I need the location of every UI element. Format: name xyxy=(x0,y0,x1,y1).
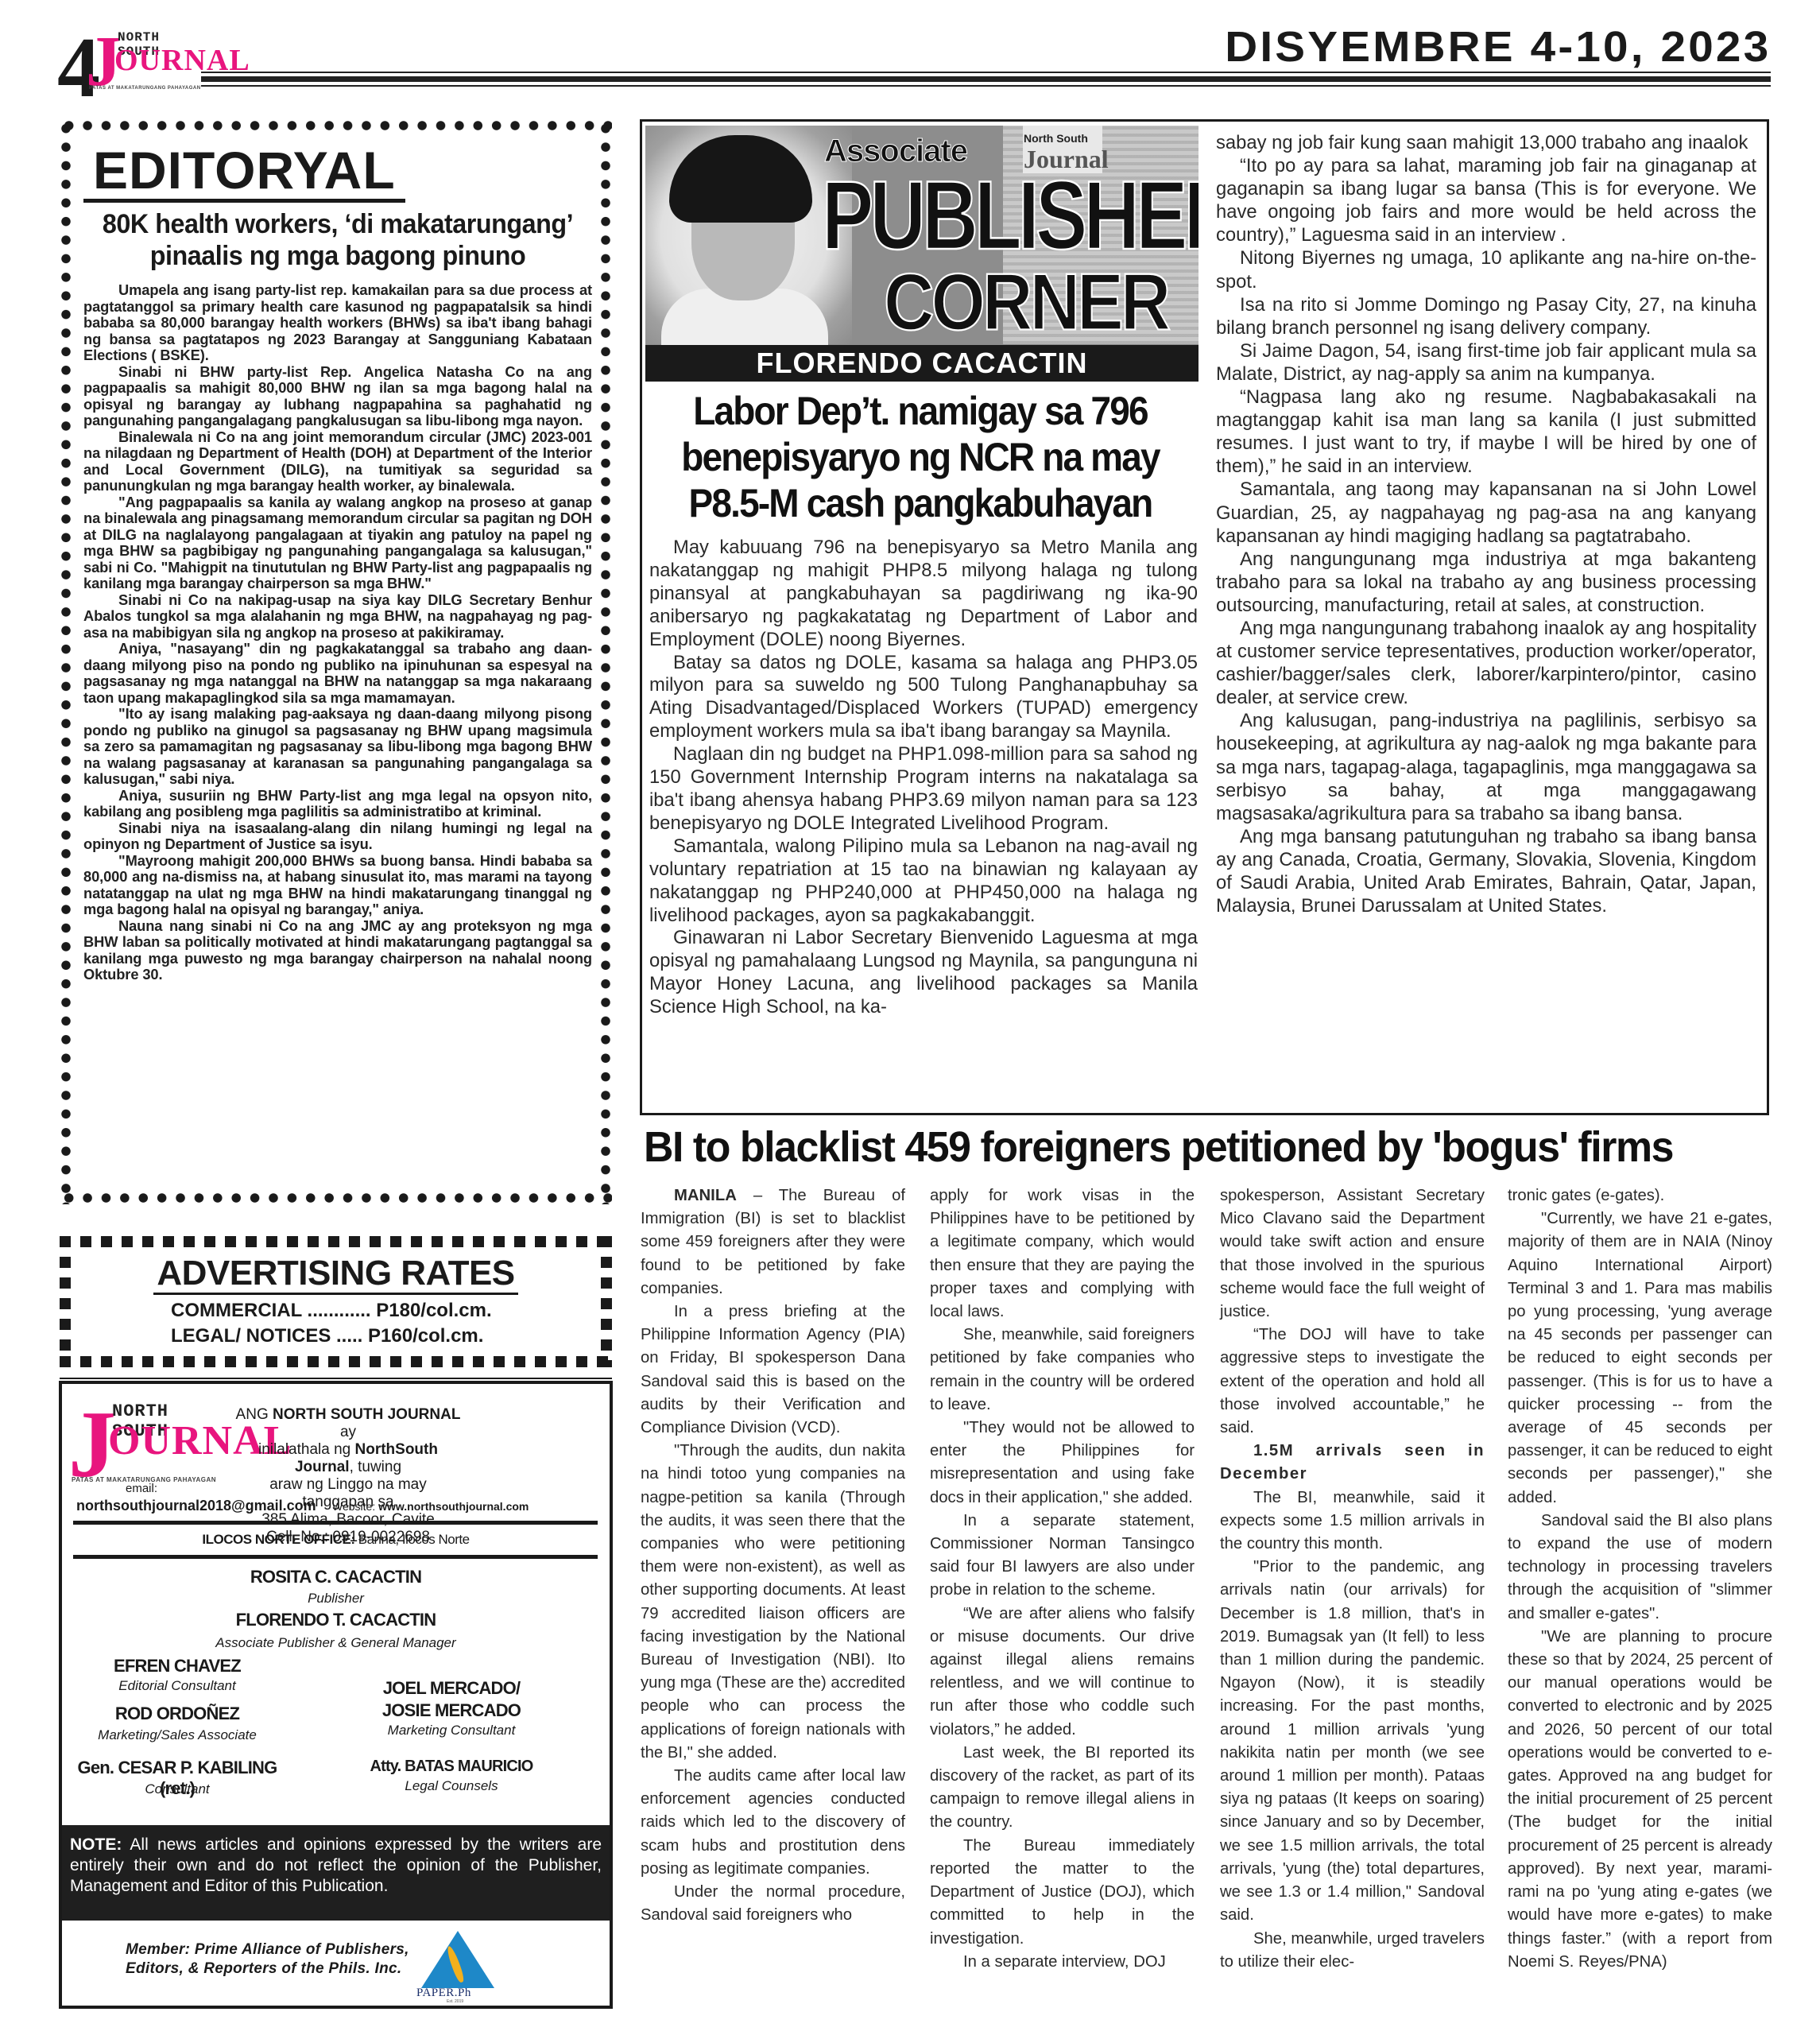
paragraph: Batay sa datos ng DOLE, kasama sa halaga… xyxy=(649,652,1198,744)
website-label: Website: xyxy=(332,1500,378,1513)
staff-role: Editorial Consultant xyxy=(78,1678,277,1694)
bi-column-4: tronic gates (e-gates). "Currently, we h… xyxy=(1508,1184,1772,1974)
paragraph: Nauna nang sinabi ni Co na ang JMC ay an… xyxy=(83,918,592,983)
paragraph: Sinabi ni Co na nakipag-usap na siya kay… xyxy=(83,592,592,642)
masthead-rule xyxy=(201,72,1771,87)
paragraph: Si Jaime Dagon, 54, isang first-time job… xyxy=(1216,339,1756,386)
membership-text: Member: Prime Alliance of Publishers, Ed… xyxy=(126,1940,412,1979)
paragraph: Aniya, susuriin ng BHW Party-list ang mg… xyxy=(83,788,592,820)
square-border xyxy=(60,1356,612,1367)
paperph-est: Est. 2019 xyxy=(447,1999,463,2004)
banner-title-line2: CORNER xyxy=(884,261,1168,343)
masthead: 4 J NORTH SOUTH OURNAL PATAS AT MAKATARU… xyxy=(0,0,1820,119)
paragraph-continued: apply for work visas in the Philippines … xyxy=(930,1184,1195,1324)
staff-name: JOEL MERCADO/ xyxy=(324,1678,579,1699)
paragraph: Naglaan din ng budget na PHP1.098-millio… xyxy=(649,743,1198,835)
staff-role: Associate Publisher & General Manager xyxy=(62,1635,610,1651)
staff-role: Consultant xyxy=(62,1781,292,1797)
staff-name: ROSITA C. CACACTIN xyxy=(62,1567,610,1587)
paragraph: Under the normal procedure, Sandoval sai… xyxy=(641,1881,905,1927)
issue-date: DISYEMBRE 4-10, 2023 xyxy=(1225,22,1771,72)
text: NORTH SOUTH JOURNAL xyxy=(273,1406,460,1423)
paragraph: In a separate statement, Commissioner No… xyxy=(930,1510,1195,1603)
paragraph: Nitong Biyernes ng umaga, 10 aplikante a… xyxy=(1216,246,1756,293)
staff-name: FLORENDO T. CACACTIN xyxy=(62,1610,610,1630)
banner-title-line1: PUBLISHER’S xyxy=(822,165,1198,265)
dotted-border xyxy=(599,119,612,1204)
divider xyxy=(73,1521,598,1525)
paragraph: "Currently, we have 21 e-gates, majority… xyxy=(1508,1207,1772,1510)
paragraph: Aniya, "nasayang" din ng pagkakatanggal … xyxy=(83,641,592,706)
paragraph: "They would not be allowed to enter the … xyxy=(930,1417,1195,1510)
advertising-rates-box: ADVERTISING RATES COMMERCIAL ...........… xyxy=(60,1236,612,1367)
paragraph: "We are planning to procure these so tha… xyxy=(1508,1626,1772,1974)
disclaimer-note: NOTE: All news articles and opinions exp… xyxy=(62,1825,610,1921)
paragraph-continued: sabay ng job fair kung saan mahigit 13,0… xyxy=(1216,131,1756,154)
corner-column-1: May kabuuang 796 na benepisyaryo sa Metr… xyxy=(649,537,1198,1019)
paragraph: Last week, the BI reported its discovery… xyxy=(930,1742,1195,1835)
note-label: NOTE: xyxy=(70,1835,122,1854)
bi-column-2: apply for work visas in the Philippines … xyxy=(930,1184,1195,1974)
paragraph: Ang mga nangungunang trabahong inaalok a… xyxy=(1216,617,1756,709)
bi-article-headline: BI to blacklist 459 foreigners petitione… xyxy=(644,1122,1727,1172)
paragraph: "Prior to the pandemic, ang arrivals nat… xyxy=(1220,1556,1485,1927)
staff-box: J NORTH SOUTH OURNAL PATAS AT MAKATARUNG… xyxy=(59,1381,613,2009)
office-value: Banna, Ilocos Norte xyxy=(355,1532,470,1547)
corner-headline: Labor Dep’t. namigay sa 796 benepisyaryo… xyxy=(672,388,1169,526)
paragraph: She, meanwhile, said foreigners petition… xyxy=(930,1324,1195,1417)
north-south-journal-logo: J NORTH SOUTH OURNAL PATAS AT MAKATARUNG… xyxy=(68,1400,227,1487)
paragraph: “We are after aliens who falsify or misu… xyxy=(930,1603,1195,1742)
subheading: 1.5M arrivals seen in December xyxy=(1220,1440,1485,1486)
paragraph: In a press briefing at the Philippine In… xyxy=(641,1300,905,1440)
paragraph: Samantala, ang taong may kapansanan na s… xyxy=(1216,478,1756,547)
columnist-name: FLORENDO CACACTIN xyxy=(645,345,1198,382)
editorial-box: EDITORYAL 80K health workers, ‘di makata… xyxy=(60,119,612,1204)
bi-column-3: spokesperson, Assistant Secretary Mico C… xyxy=(1220,1184,1485,1974)
staff-name: Atty. BATAS MAURICIO xyxy=(324,1758,579,1776)
logo-tagline: PATAS AT MAKATARUNGANG PAHAYAGAN xyxy=(89,86,201,91)
office-label: ILOCOS NORTE OFFICE: xyxy=(202,1532,354,1547)
staff-role: Publisher xyxy=(62,1591,610,1607)
publication-info: ANG NORTH SOUTH JOURNAL ay inilalathala … xyxy=(233,1406,463,1546)
editorial-section-title: EDITORYAL xyxy=(83,141,405,203)
paragraph: “Nagpasa lang ako ng resume. Nagbabakasa… xyxy=(1216,386,1756,478)
staff-name: EFREN CHAVEZ xyxy=(78,1656,277,1676)
corner-column-2: sabay ng job fair kung saan mahigit 13,0… xyxy=(1216,131,1756,917)
paragraph: "Ito ay isang malaking pag-aaksaya ng da… xyxy=(83,706,592,788)
paragraph: MANILA – The Bureau of Immigration (BI) … xyxy=(641,1184,905,1300)
website: Website: www.northsouthjournal.com xyxy=(332,1500,529,1513)
dotted-border xyxy=(60,1192,612,1204)
text: ANG xyxy=(236,1406,273,1423)
paragraph: Samantala, walong Pilipino mula sa Leban… xyxy=(649,835,1198,928)
text: inilalathala ng xyxy=(258,1441,354,1458)
note-text: All news articles and opinions expressed… xyxy=(70,1835,602,1895)
paragraph: In a separate interview, DOJ xyxy=(930,1951,1195,1974)
paragraph: Sinabi ni BHW party-list Rep. Angelica N… xyxy=(83,364,592,429)
paperph-name: PAPER.Ph xyxy=(416,1987,471,2000)
paragraph: Ang kalusugan, pang-industriya na paglil… xyxy=(1216,709,1756,824)
divider xyxy=(60,1378,612,1379)
staff-role: Marketing Consultant xyxy=(324,1723,579,1738)
paragraph: The audits came after local law enforcem… xyxy=(641,1765,905,1881)
paragraph: Ang nangungunang mga industriya at mga b… xyxy=(1216,548,1756,617)
rate-commercial: COMMERCIAL ............ P180/col.cm. xyxy=(171,1300,492,1322)
email-label: email: xyxy=(126,1482,157,1495)
paragraph: Binalewala ni Co na ang joint memorandum… xyxy=(83,429,592,494)
paragraph: Isa na rito si Jomme Domingo ng Pasay Ci… xyxy=(1216,293,1756,339)
dotted-border xyxy=(60,119,612,132)
ilocos-office: ILOCOS NORTE OFFICE: Banna, Ilocos Norte xyxy=(62,1532,610,1548)
paragraph: May kabuuang 796 na benepisyaryo sa Metr… xyxy=(649,537,1198,652)
paragraph: "Mayroong mahigit 200,000 BHWs sa buong … xyxy=(83,853,592,918)
rate-legal-notices: LEGAL/ NOTICES ..... P160/col.cm. xyxy=(171,1325,483,1347)
divider xyxy=(73,1555,598,1559)
bi-column-1: MANILA – The Bureau of Immigration (BI) … xyxy=(641,1184,905,1928)
paragraph: Ang mga bansang patutunguhan ng trabaho … xyxy=(1216,825,1756,917)
paragraph: "Through the audits, dun nakita na hindi… xyxy=(641,1440,905,1765)
paragraph: She, meanwhile, urged travelers to utili… xyxy=(1220,1928,1485,1974)
dotted-border xyxy=(60,119,72,1204)
email-link[interactable]: northsouthjournal2018@gmail.com xyxy=(76,1498,316,1514)
paragraph: “Ito po ay para sa lahat, maraming job f… xyxy=(1216,154,1756,246)
square-border xyxy=(60,1236,612,1247)
staff-role: Marketing/Sales Associate xyxy=(78,1727,277,1743)
paragraph: Sandoval said the BI also plans to expan… xyxy=(1508,1510,1772,1626)
staff-name: ROD ORDOÑEZ xyxy=(78,1704,277,1724)
paragraph: “The DOJ will have to take aggressive st… xyxy=(1220,1324,1485,1440)
staff-name: JOSIE MERCADO xyxy=(324,1700,579,1721)
website-link[interactable]: www.northsouthjournal.com xyxy=(378,1500,529,1513)
staff-role: Legal Counsels xyxy=(324,1778,579,1794)
paragraph: Ginawaran ni Labor Secretary Bienvenido … xyxy=(649,927,1198,1019)
paragraph: The Bureau immediately reported the matt… xyxy=(930,1835,1195,1951)
advertising-rates-title: ADVERTISING RATES xyxy=(153,1254,517,1295)
paragraph: "Ang pagpapaalis sa kanila ay walang ang… xyxy=(83,494,592,592)
paragraph: Umapela ang isang party-list rep. kamaka… xyxy=(83,282,592,364)
editorial-body: Umapela ang isang party-list rep. kamaka… xyxy=(83,282,592,983)
clip-brand-top: North South xyxy=(1024,132,1088,145)
publishers-corner-banner: North South Journal Associate PUBLISHER’… xyxy=(645,126,1198,382)
paperph-logo: PAPER.Ph Est. 2019 xyxy=(415,1931,502,2004)
text: , tuwing xyxy=(350,1459,401,1475)
dateline: MANILA xyxy=(674,1187,737,1204)
paragraph-continued: tronic gates (e-gates). xyxy=(1508,1184,1772,1207)
text: ay xyxy=(340,1424,356,1440)
paragraph: Sinabi niya na isasaalang-alang din nila… xyxy=(83,820,592,853)
editorial-headline: 80K health workers, ‘di makatarungang’ p… xyxy=(92,208,583,272)
paragraph: The BI, meanwhile, said it expects some … xyxy=(1220,1487,1485,1556)
north-south-journal-logo: J NORTH SOUTH OURNAL PATAS AT MAKATARUNG… xyxy=(86,29,205,95)
paragraph-continued: spokesperson, Assistant Secretary Mico C… xyxy=(1220,1184,1485,1324)
